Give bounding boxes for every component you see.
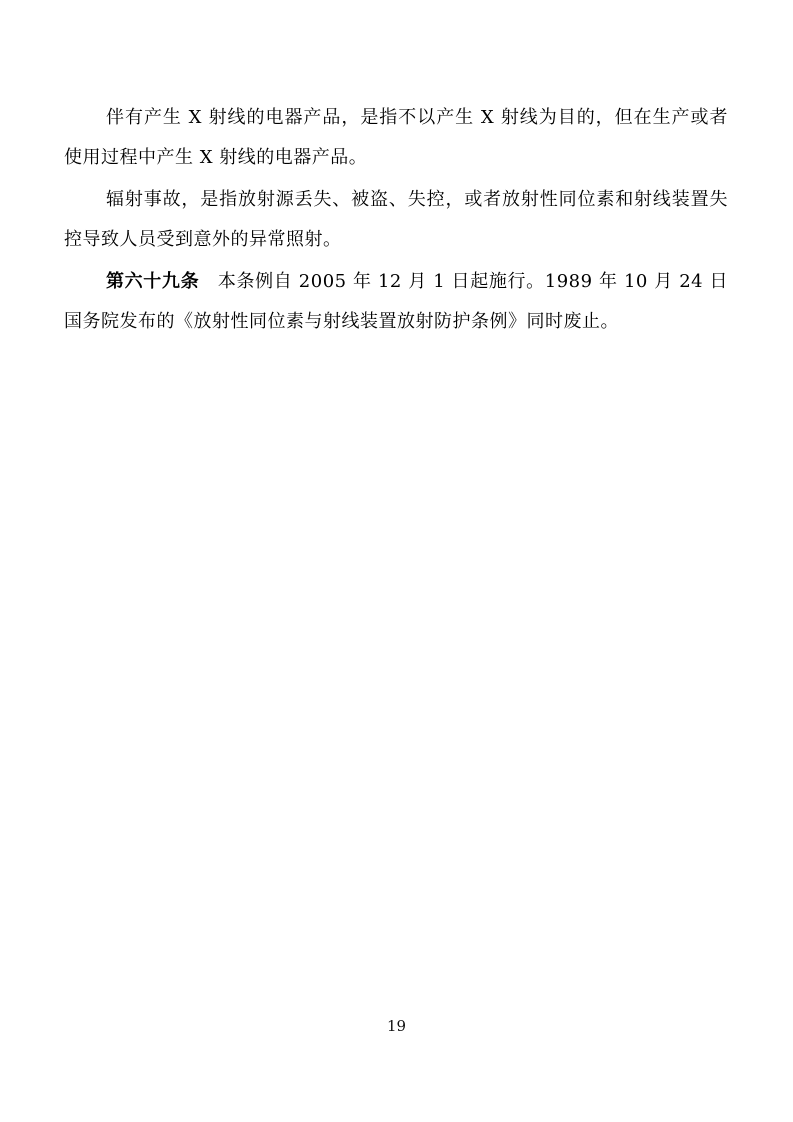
document-body: 伴有产生 X 射线的电器产品，是指不以产生 X 射线为目的，但在生产或者使用过程… xyxy=(64,98,728,342)
paragraph-x-ray-products: 伴有产生 X 射线的电器产品，是指不以产生 X 射线为目的，但在生产或者使用过程… xyxy=(64,98,728,178)
paragraph-text: 伴有产生 X 射线的电器产品，是指不以产生 X 射线为目的，但在生产或者使用过程… xyxy=(64,107,728,168)
paragraph-article-69: 第六十九条 本条例自 2005 年 12 月 1 日起施行。1989 年 10 … xyxy=(64,262,728,342)
paragraph-radiation-accident: 辐射事故，是指放射源丢失、被盗、失控，或者放射性同位素和射线装置失控导致人员受到… xyxy=(64,180,728,260)
article-69-lead: 第六十九条 xyxy=(106,271,218,292)
page-number: 19 xyxy=(387,1017,406,1035)
paragraph-text: 辐射事故，是指放射源丢失、被盗、失控，或者放射性同位素和射线装置失控导致人员受到… xyxy=(64,189,728,250)
document-page: 伴有产生 X 射线的电器产品，是指不以产生 X 射线为目的，但在生产或者使用过程… xyxy=(0,0,793,1122)
page-footer: 19 xyxy=(0,1016,793,1035)
